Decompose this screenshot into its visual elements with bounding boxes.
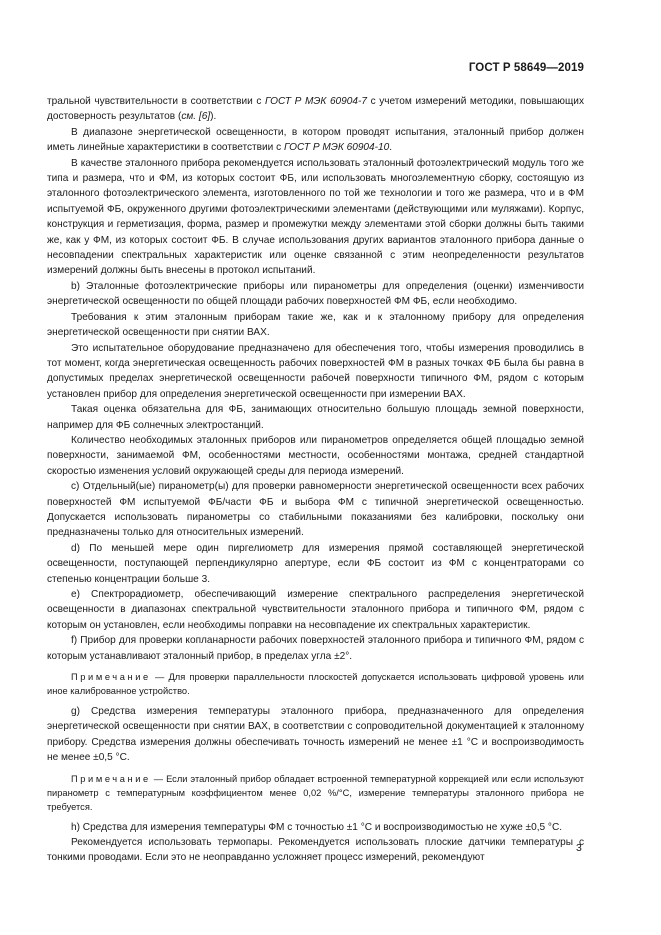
list-item-c: c) Отдельный(ые) пиранометр(ы) для прове…: [47, 479, 584, 541]
bibliography-reference: см. [6]: [181, 111, 210, 122]
list-item-g: g) Средства измерения температуры эталон…: [47, 704, 584, 766]
list-item-b: b) Эталонные фотоэлектрические приборы и…: [47, 279, 584, 310]
note: Примечание — Для проверки параллельности…: [47, 670, 584, 698]
paragraph: В диапазоне энергетической освещенности,…: [47, 125, 584, 156]
page-number: 3: [576, 842, 582, 854]
text: тральной чувствительности в соответствии…: [47, 96, 265, 107]
paragraph: Такая оценка обязательна для ФБ, занимаю…: [47, 402, 584, 433]
paragraph: Количество необходимых эталонных приборо…: [47, 433, 584, 479]
note-label: Примечание: [71, 774, 151, 784]
note-label: Примечание: [71, 672, 151, 682]
paragraph: Рекомендуется использовать термопары. Ре…: [47, 835, 584, 866]
text: ).: [210, 111, 216, 122]
list-item-h: h) Средства для измерения температуры ФМ…: [47, 820, 584, 835]
list-item-f: f) Прибор для проверки копланарности раб…: [47, 633, 584, 664]
note: Примечание — Если эталонный прибор облад…: [47, 772, 584, 814]
paragraph: Требования к этим эталонным приборам так…: [47, 310, 584, 341]
paragraph: тральной чувствительности в соответствии…: [47, 94, 584, 125]
text: .: [389, 142, 392, 153]
paragraph: В качестве эталонного прибора рекомендуе…: [47, 156, 584, 279]
standard-reference: ГОСТ Р МЭК 60904-10: [284, 142, 389, 153]
list-item-e: e) Спектрорадиометр, обеспечивающий изме…: [47, 587, 584, 633]
paragraph: Это испытательное оборудование предназна…: [47, 341, 584, 403]
document-header: ГОСТ Р 58649—2019: [469, 62, 584, 74]
document-body: тральной чувствительности в соответствии…: [47, 94, 584, 866]
list-item-d: d) По меньшей мере один пиргелиометр для…: [47, 541, 584, 587]
standard-reference: ГОСТ Р МЭК 60904-7: [265, 96, 367, 107]
